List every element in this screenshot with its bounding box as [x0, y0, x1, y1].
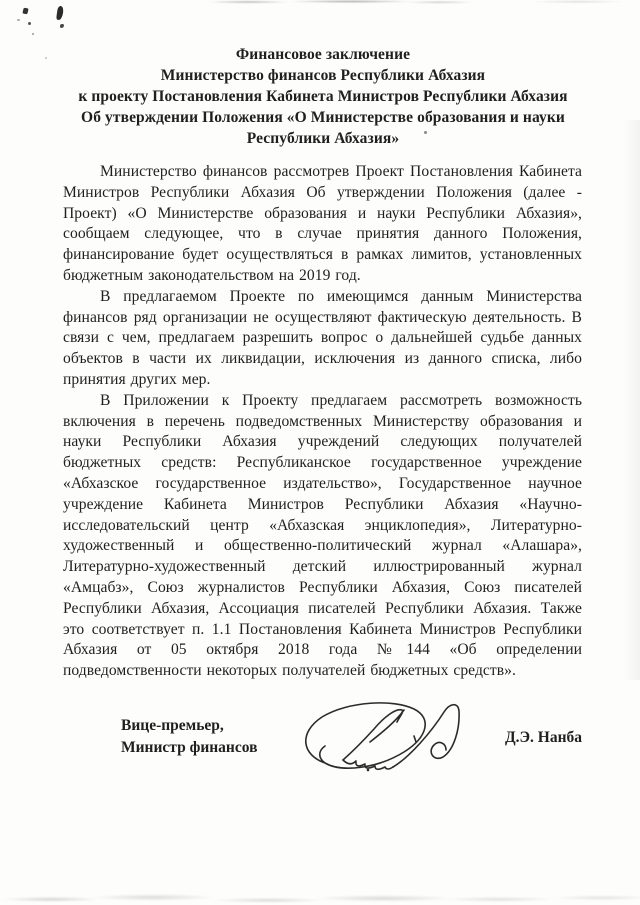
- scan-artifact-bottom-smudge: [0, 886, 640, 905]
- document-body: Министерство финансов рассмотрев Проект …: [63, 162, 582, 682]
- ink-speck: [32, 33, 34, 35]
- title-line-1: Финансовое заключение: [63, 44, 583, 65]
- scanned-document-page: Финансовое заключение Министерство финан…: [0, 0, 640, 905]
- title-line-2: Министерство финансов Республики Абхазия: [63, 65, 583, 86]
- paragraph-annex-proposal: В Приложении к Проекту предлагаем рассмо…: [63, 391, 582, 682]
- ink-speck: [56, 6, 64, 21]
- signer-role-line-2: Министр финансов: [121, 737, 257, 759]
- title-line-5: Республики Абхазия»: [63, 128, 583, 149]
- ink-speck: [17, 19, 20, 21]
- handwritten-signature-icon: [292, 699, 474, 795]
- document-title: Финансовое заключение Министерство финан…: [63, 44, 583, 149]
- ink-speck: [45, 57, 47, 59]
- scan-artifact-right-shadow: [624, 120, 640, 680]
- title-line-3: к проекту Постановления Кабинета Министр…: [63, 86, 583, 107]
- paragraph-financing: Министерство финансов рассмотрев Проект …: [63, 162, 582, 287]
- ink-speck: [60, 24, 64, 28]
- signer-name: Д.Э. Нанба: [505, 729, 582, 747]
- scan-artifact-top-edge: [195, 0, 640, 5]
- ink-speck: [22, 8, 28, 15]
- paragraph-inactive-organizations: В предлагаемом Проекте по имеющимся данн…: [63, 287, 582, 391]
- ink-speck: [28, 22, 31, 25]
- signer-role: Вице-премьер, Министр финансов: [121, 715, 257, 758]
- signer-role-line-1: Вице-премьер,: [121, 715, 257, 737]
- title-line-4: Об утверждении Положения «О Министерстве…: [63, 107, 583, 128]
